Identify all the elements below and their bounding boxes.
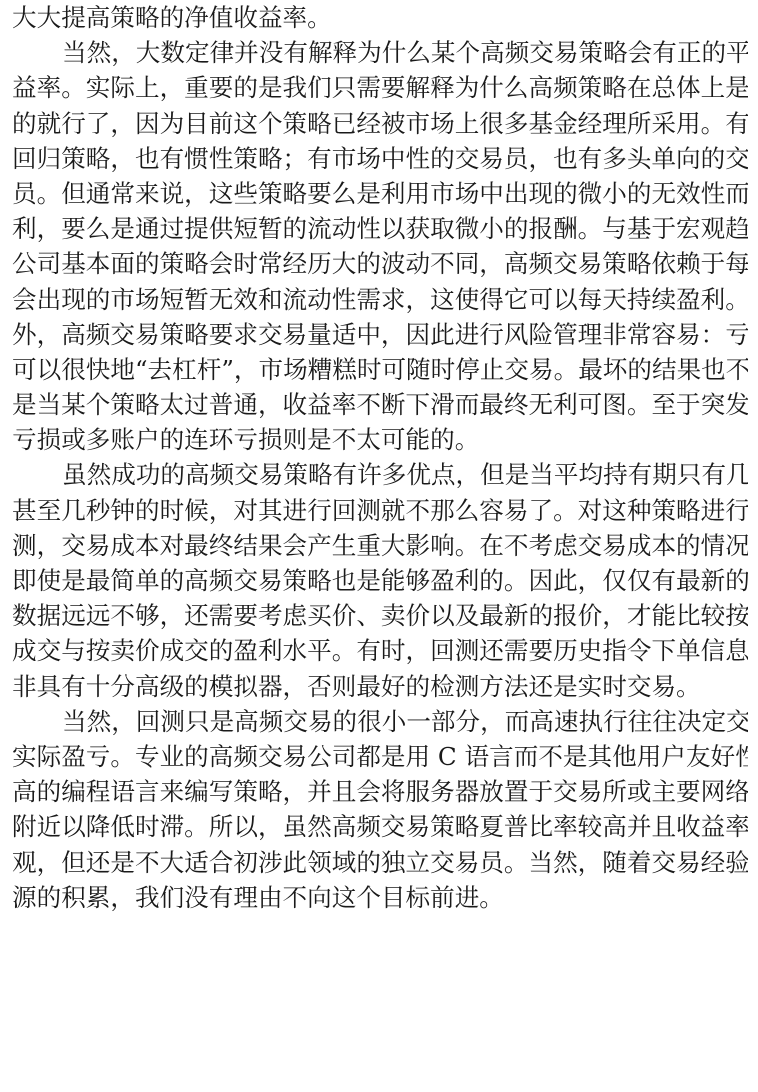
text-line: 虽然成功的高频交易策略有许多优点，但是当平均持有期只有几分钟 (12, 457, 748, 492)
text-line: 外，高频交易策略要求交易量适中，因此进行风险管理非常容易：亏损时 (12, 317, 748, 352)
text-line: 实际盈亏。专业的高频交易公司都是用 C 语言而不是其他用户友好性更 (12, 739, 748, 774)
text-line: 益率。实际上，重要的是我们只需要解释为什么高频策略在总体上是盈利 (12, 70, 748, 105)
text-line: 员。但通常来说，这些策略要么是利用市场中出现的微小的无效性而获 (12, 176, 748, 211)
text-line: 甚至几秒钟的时候，对其进行回测就不那么容易了。对这种策略进行回 (12, 493, 748, 528)
text-line: 回归策略，也有惯性策略；有市场中性的交易员，也有多头单向的交易 (12, 141, 748, 176)
text-line: 即使是最简单的高频交易策略也是能够盈利的。因此，仅仅有最新的高频 (12, 563, 748, 598)
text-line: 是当某个策略太过普通，收益率不断下滑而最终无利可图。至于突发大额 (12, 387, 748, 422)
text-line: 大大提高策略的净值收益率。 (12, 0, 748, 35)
text-line: 当然，回测只是高频交易的很小一部分，而高速执行往往决定交易的 (12, 704, 748, 739)
text-line: 的就行了，因为目前这个策略已经被市场上很多基金经理所采用。有均值 (12, 106, 748, 141)
text-line: 测，交易成本对最终结果会产生重大影响。在不考虑交易成本的情况下， (12, 528, 748, 563)
text-line: 高的编程语言来编写策略，并且会将服务器放置于交易所或主要网络节点 (12, 774, 748, 809)
text-line: 利，要么是通过提供短暂的流动性以获取微小的报酬。与基于宏观趋势或 (12, 211, 748, 246)
text-line: 数据远远不够，还需要考虑买价、卖价以及最新的报价，才能比较按买价 (12, 598, 748, 633)
document-page: 大大提高策略的净值收益率。 当然，大数定律并没有解释为什么某个高频交易策略会有正… (12, 0, 748, 915)
text-line: 会出现的市场短暂无效和流动性需求，这使得它可以每天持续盈利。此 (12, 282, 748, 317)
text-line: 附近以降低时滞。所以，虽然高频交易策略夏普比率较高并且收益率可 (12, 809, 748, 844)
text-line: 源的积累，我们没有理由不向这个目标前进。 (12, 880, 748, 915)
text-line: 非具有十分高级的模拟器，否则最好的检测方法还是实时交易。 (12, 669, 748, 704)
text-line: 观，但还是不大适合初涉此领域的独立交易员。当然，随着交易经验和资 (12, 845, 748, 880)
text-line: 成交与按卖价成交的盈利水平。有时，回测还需要历史指令下单信息。除 (12, 633, 748, 668)
text-line: 当然，大数定律并没有解释为什么某个高频交易策略会有正的平均收 (12, 35, 748, 70)
text-line: 公司基本面的策略会时常经历大的波动不同，高频交易策略依赖于每天都 (12, 246, 748, 281)
text-line: 亏损或多账户的连环亏损则是不太可能的。 (12, 422, 748, 457)
text-line: 可以很快地“去杠杆”，市场糟糕时可随时停止交易。最坏的结果也不过 (12, 352, 748, 387)
